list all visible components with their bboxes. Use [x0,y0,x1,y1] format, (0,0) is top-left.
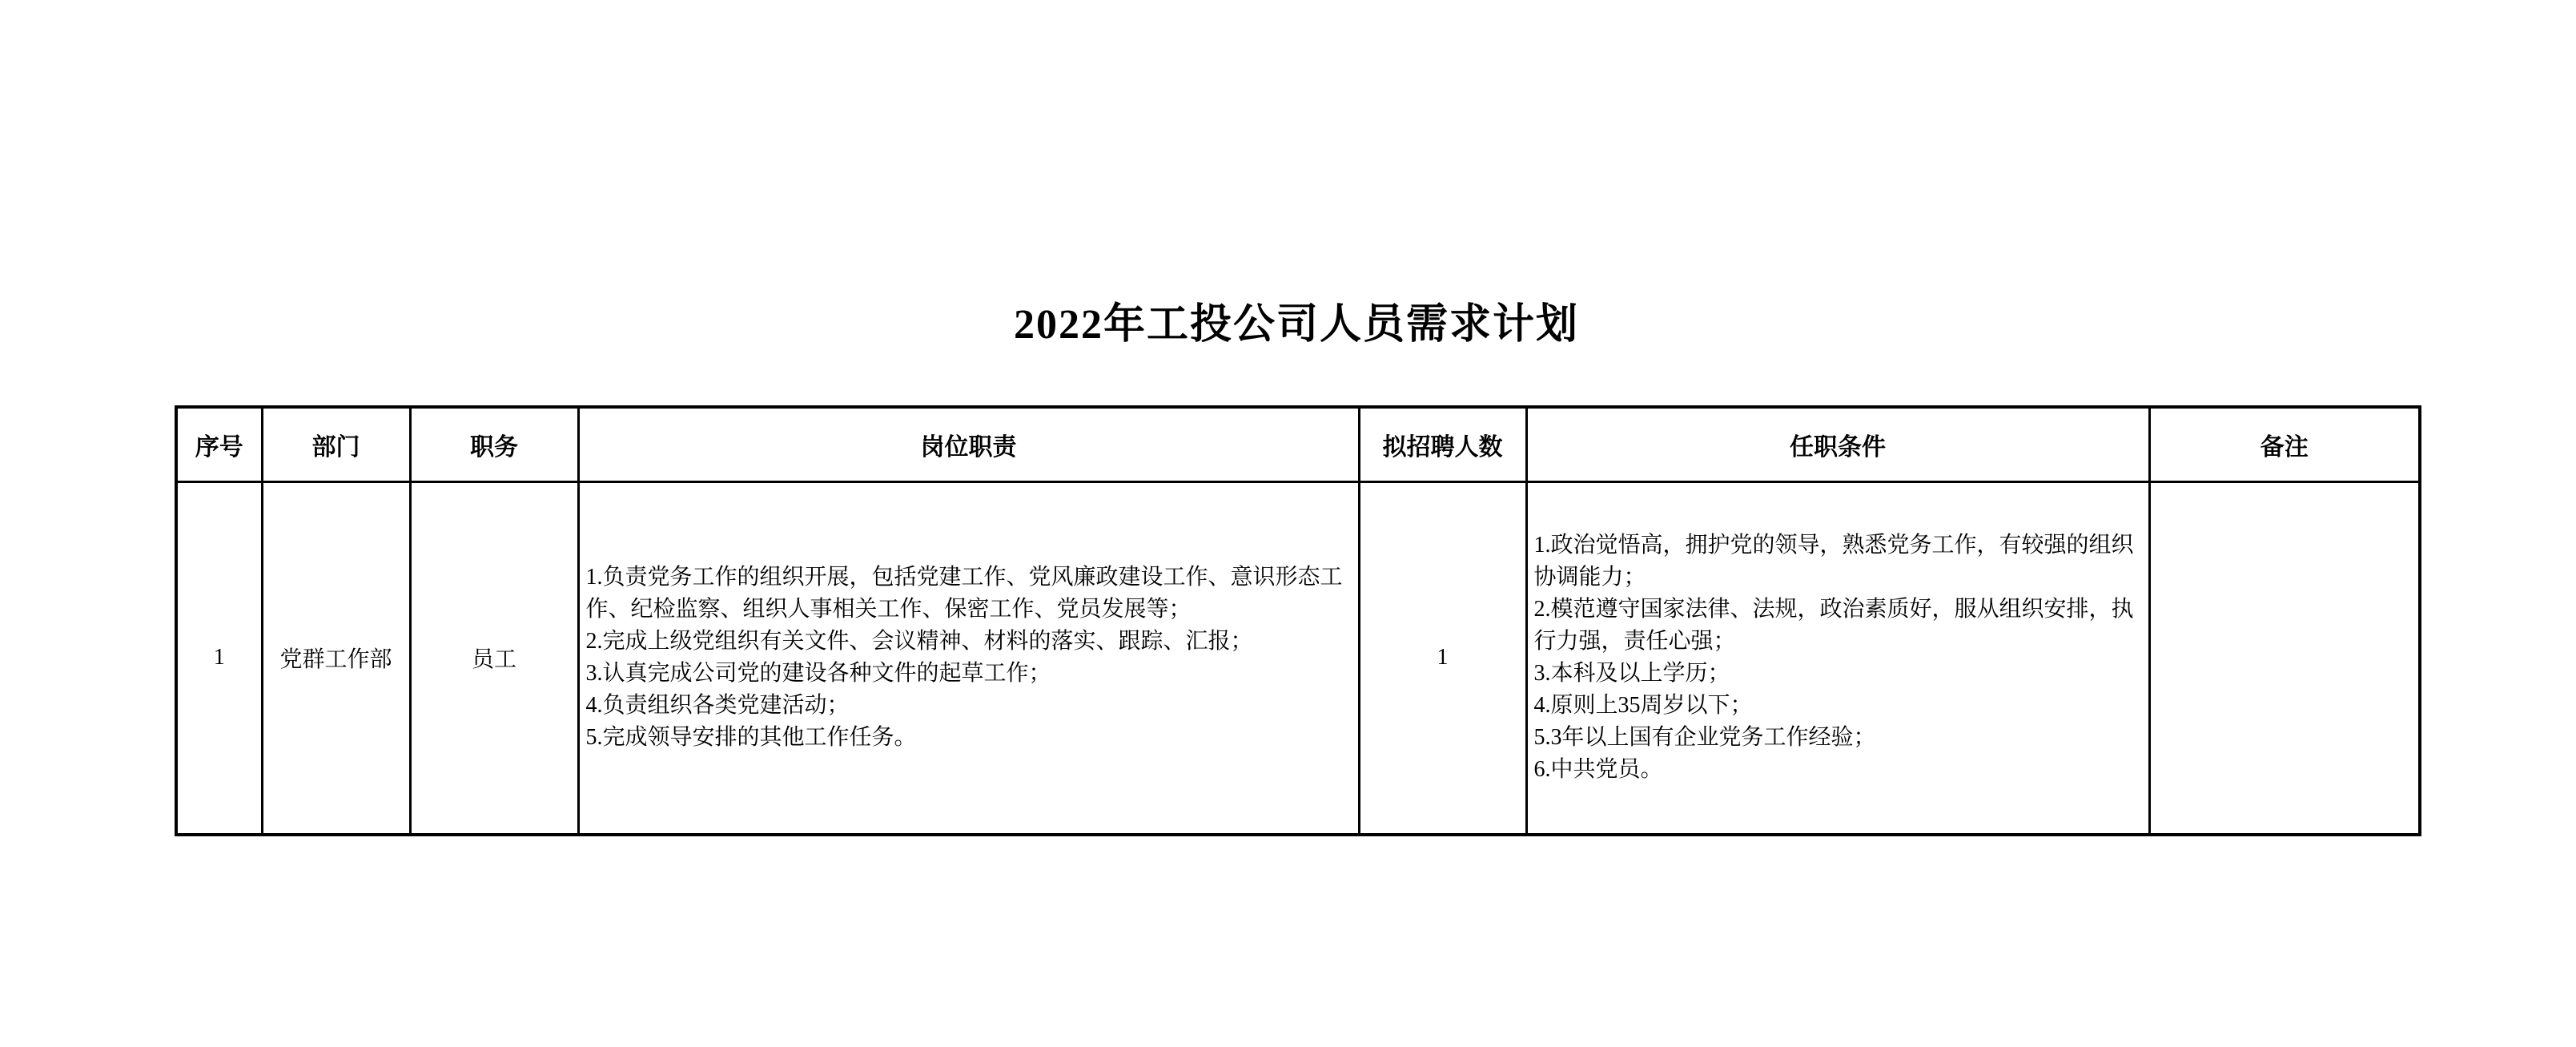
table-header-row: 序号 部门 职务 岗位职责 拟招聘人数 任职条件 备注 [176,407,2420,481]
table-row: 1 党群工作部 员工 1.负责党务工作的组织开展，包括党建工作、党风廉政建设工作… [176,481,2420,835]
cell-headcount: 1 [1359,481,1526,835]
header-cell-seq: 序号 [176,407,262,481]
header-cell-headcount: 拟招聘人数 [1359,407,1526,481]
requirement-item: 6.中共党员。 [1534,754,2142,786]
cell-requirements: 1.政治觉悟高，拥护党的领导，熟悉党务工作，有较强的组织协调能力； 2.模范遵守… [1526,481,2149,835]
header-cell-department: 部门 [262,407,410,481]
duty-item: 1.负责党务工作的组织开展，包括党建工作、党风廉政建设工作、意识形态工作、纪检监… [586,562,1352,626]
requirement-item: 2.模范遵守国家法律、法规，政治素质好，服从组织安排，执行力强，责任心强； [1534,594,2142,658]
duty-item: 2.完成上级党组织有关文件、会议精神、材料的落实、跟踪、汇报； [586,626,1352,658]
cell-remark [2149,481,2420,835]
requirement-item: 3.本科及以上学历； [1534,658,2142,690]
cell-duties: 1.负责党务工作的组织开展，包括党建工作、党风廉政建设工作、意识形态工作、纪检监… [578,481,1359,835]
header-cell-remark: 备注 [2149,407,2420,481]
header-cell-position: 职务 [410,407,578,481]
requirement-item: 5.3年以上国有企业党务工作经验； [1534,722,2142,754]
header-cell-requirements: 任职条件 [1526,407,2149,481]
page-title: 2022年工投公司人员需求计划 [175,290,2418,350]
cell-department: 党群工作部 [262,481,410,835]
personnel-demand-table: 序号 部门 职务 岗位职责 拟招聘人数 任职条件 备注 1 党群工作部 员工 1… [175,405,2421,836]
document-page: 2022年工投公司人员需求计划 序号 部门 职务 岗位职责 拟招聘人数 任职条件… [0,0,2576,1047]
duty-item: 5.完成领导安排的其他工作任务。 [586,722,1352,754]
cell-seq: 1 [176,481,262,835]
duty-item: 4.负责组织各类党建活动； [586,690,1352,722]
requirement-item: 4.原则上35周岁以下； [1534,690,2142,722]
cell-position: 员工 [410,481,578,835]
requirement-item: 1.政治觉悟高，拥护党的领导，熟悉党务工作，有较强的组织协调能力； [1534,530,2142,594]
duty-item: 3.认真完成公司党的建设各种文件的起草工作； [586,658,1352,690]
header-cell-duties: 岗位职责 [578,407,1359,481]
